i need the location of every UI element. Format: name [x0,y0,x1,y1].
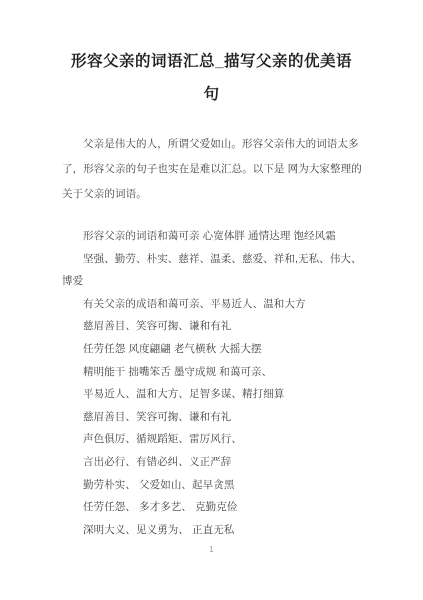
word-line: 声色俱厉、循规蹈矩、雷厉风行、 [62,428,368,451]
word-line: 任劳任怨 风度翩翩 老气横秋 大摇大摆 [62,338,368,361]
page-number: 1 [0,545,423,554]
document-title-line-2: 句 [40,78,383,111]
word-line: 任劳任怨、 多才多艺、 克勤克俭 [62,496,368,519]
document-title: 形容父亲的词语汇总_描写父亲的优美语 句 [40,45,383,111]
document-page: 形容父亲的词语汇总_描写父亲的优美语 句 父亲是伟大的人，所谓父爱如山。形容父亲… [0,0,423,600]
word-line: 有关父亲的成语和蔼可亲、平易近人、温和大方 [62,293,368,316]
word-line: 精明能干 拙嘴笨舌 墨守成规 和蔼可亲、 [62,361,368,384]
word-line: 勤劳朴实、 父爱如山、起早贪黑 [62,474,368,497]
intro-paragraph: 父亲是伟大的人，所谓父爱如山。形容父亲伟大的词语太多了，形容父亲的句子也实在是难… [62,132,368,207]
word-list: 形容父亲的词语和蔼可亲 心宽体胖 通情达理 饱经风霜 坚强、勤劳、朴实、慈祥、温… [62,225,368,541]
word-line: 慈眉善目、笑容可掬、谦和有礼 [62,406,368,429]
word-line: 慈眉善目、笑容可掬、谦和有礼 [62,315,368,338]
document-title-line-1: 形容父亲的词语汇总_描写父亲的优美语 [40,45,383,78]
word-line: 形容父亲的词语和蔼可亲 心宽体胖 通情达理 饱经风霜 [62,225,368,248]
word-line: 平易近人、温和大方、足智多谋、精打细算 [62,383,368,406]
word-line: 言出必行、有错必纠、义正严辞 [62,451,368,474]
word-line: 深明大义、见义勇为、 正直无私 [62,519,368,542]
word-line: 坚强、勤劳、朴实、慈祥、温柔、慈爱、祥和,无私、伟大、博爱 [62,248,368,293]
